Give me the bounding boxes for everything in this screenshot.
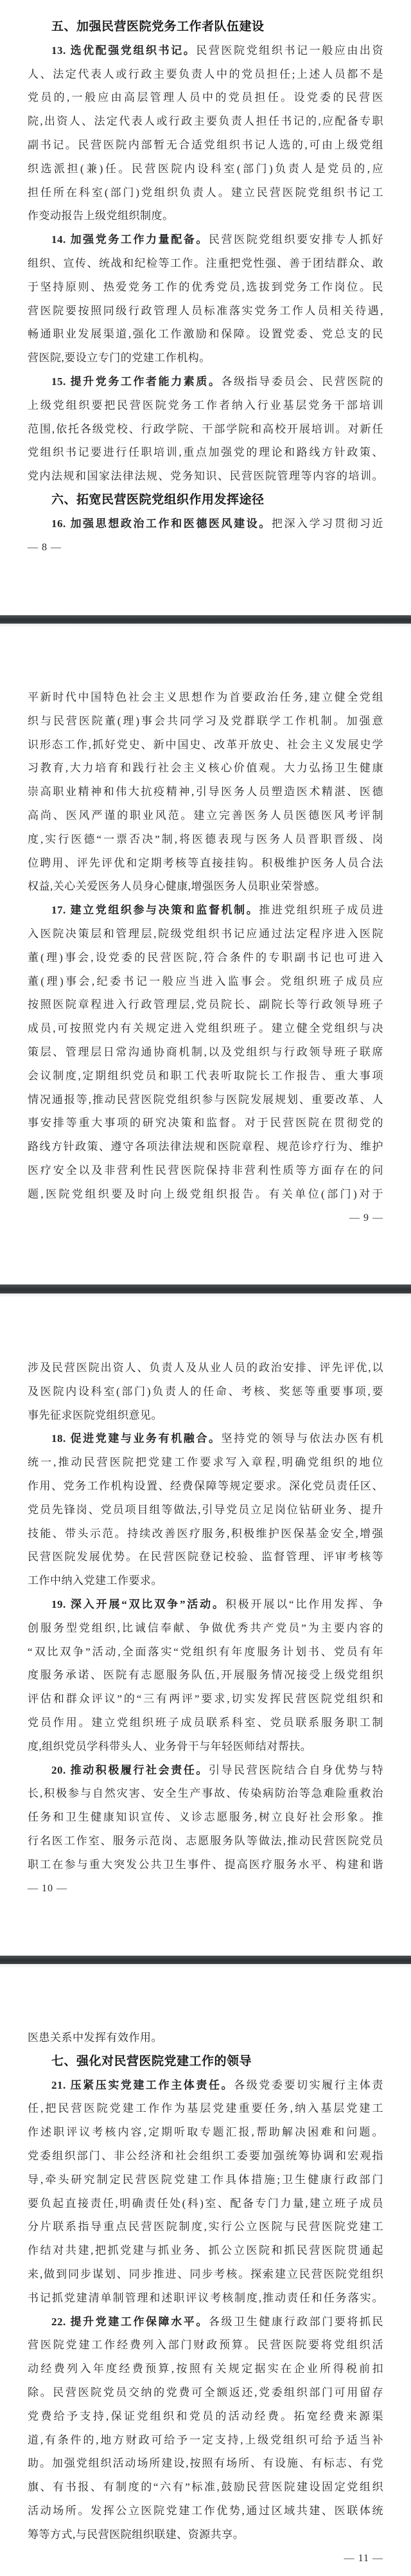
text-line: 党委组织部门、非公经济和社会组织工委要加强统筹协调和宏观指 bbox=[28, 2145, 383, 2168]
text-line: 医疗安全以及非营利性民营医院保持非营利性质等方面存在的问 bbox=[28, 1159, 383, 1183]
paragraph-lead-bold: 22. 提升党建工作保障水平。 bbox=[51, 2316, 209, 2328]
paragraph-lead-bold: 14. 加强党务工作力量配备。 bbox=[51, 233, 209, 246]
paragraph-text: 引导民营医院结合自身优势与特 bbox=[209, 1764, 383, 1776]
paragraph-lead-bold: 13. 选优配强党组织书记。 bbox=[51, 44, 196, 57]
paragraph-text: 各级指导委员会、民营医院的 bbox=[222, 375, 383, 388]
text-line: 成员,可按照党内有关规定进入党组织班子。建立健全党组织与决 bbox=[28, 1017, 383, 1041]
text-line: 技能、带头示范。持续改善医疗服务,积极维护医保基金安全,增强 bbox=[28, 1522, 383, 1546]
text-line: 党员的,一般应由高层管理人员中的党员担任。设党委的民营医 bbox=[28, 86, 383, 110]
text-line: 于坚持原则、热爱党务工作的优秀党员,选拔到党务工作岗位。民 bbox=[28, 276, 383, 300]
text-line: 职工在参与重大突发公共卫生事件、提高医疗服务水平、构建和谐 bbox=[28, 1853, 383, 1877]
text-line: 畅通职业发展渠道,强化工作激励和保障。设置党委、党总支的民 bbox=[28, 323, 383, 347]
text-line: 13. 选优配强党组织书记。民营医院党组织书记一般应由出资 bbox=[28, 39, 383, 63]
page-number: — 9 — bbox=[28, 1207, 383, 1230]
text-line: 要负起直接责任,明确责任处(科)室、配备专门力量,建立班子成员 bbox=[28, 2192, 383, 2216]
page-number: — 8 — bbox=[28, 536, 383, 560]
text-line: 行名医工作室、服务示范岗、志愿服务队等做法,推动民营医院党员 bbox=[28, 1830, 383, 1853]
text-line: 党内法规和国家法律法规、党务知识、民营医院管理等内容的培训。 bbox=[28, 465, 383, 489]
text-line: 崇高职业精神和伟大抗疫精神,引导医务人员塑造医术精湛、医德 bbox=[28, 780, 383, 804]
page-number: — 11 — bbox=[28, 2547, 383, 2571]
text-line: 民营医院发展优势。在民营医院登记校验、监督管理、评审考核等 bbox=[28, 1545, 383, 1569]
text-line: 医患关系中发挥有效作用。 bbox=[28, 2026, 383, 2050]
text-line: 来,做到同步谋划、同步推进、同步考核。探索建立民营医院党组织 bbox=[28, 2263, 383, 2287]
text-line: 旗、有书报、有制度的“六有”标准,鼓励民营医院建设固定党组织 bbox=[28, 2476, 383, 2499]
text-line: 副书记。民营医院内部暂无合适党组织书记人选的,可由上级党组 bbox=[28, 134, 383, 158]
paragraph-text: 各级党委要切实履行主体责 bbox=[234, 2079, 383, 2091]
text-line: 作变动报告上级党组织制度。 bbox=[28, 204, 383, 228]
text-line: 入医院决策层和管理层,院级党组织书记应通过法定程序进入医院 bbox=[28, 923, 383, 946]
page-content: 涉及民营医院出资人、负责人及从业人员的政治安排、评先评优,以及医院内设科室(部门… bbox=[28, 1356, 383, 1900]
page-separator bbox=[0, 1956, 411, 1964]
page-content: 五、加强民营医院党务工作者队伍建设13. 选优配强党组织书记。民营医院党组织书记… bbox=[28, 15, 383, 559]
paragraph-text: 民营医院党组织书记一般应由出资 bbox=[196, 44, 383, 57]
text-line: 党员作用。建立党组织班子成员联系科室、党员联系服务职工制 bbox=[28, 1711, 383, 1735]
text-line: 任务和卫生健康知识宣传、义诊志愿服务,树立良好社会形象。推 bbox=[28, 1806, 383, 1830]
text-line: 事安排等重大事项的研究决策和监督。对于民营医院在贯彻党的 bbox=[28, 1112, 383, 1135]
text-line: 及医院内设科室(部门)负责人的任命、考核、奖惩等重要事项,要 bbox=[28, 1380, 383, 1404]
text-line: 助。加强党组织活动场所建设,按照有场所、有设施、有标志、有党 bbox=[28, 2452, 383, 2476]
document-scroll[interactable]: 五、加强民营医院党务工作者队伍建设13. 选优配强党组织书记。民营医院党组织书记… bbox=[0, 0, 411, 2576]
text-line: 按照医院章程进入行政管理层,党员院长、副院长等行政领导班子 bbox=[28, 993, 383, 1017]
text-line: 18. 促进党建与业务有机融合。坚持党的领导与依法办医有机 bbox=[28, 1427, 383, 1451]
page-separator bbox=[0, 1284, 411, 1293]
paragraph-text: 积极开展以“比作用发挥、争 bbox=[225, 1598, 383, 1610]
text-line: 创服务型党组织,比诚信奉献、争做优秀共产党员”为主要内容的 bbox=[28, 1617, 383, 1641]
page-separator bbox=[0, 615, 411, 624]
text-line: 除。民营医院党员交纳的党费可全额返还,党委组织部门可用留存 bbox=[28, 2381, 383, 2405]
page-number: — 10 — bbox=[28, 1877, 383, 1901]
text-line: 14. 加强党务工作力量配备。民营医院党组织要安排专人抓好 bbox=[28, 228, 383, 252]
paragraph-text: 各级卫生健康行政部门要将抓民 bbox=[209, 2316, 383, 2328]
text-line: 高尚、医风严谨的职业风范。建立完善医务人员医德医风考评制 bbox=[28, 804, 383, 828]
section-heading: 七、强化对民营医院党建工作的领导 bbox=[28, 2050, 383, 2074]
text-line: 17. 建立党组织参与决策和监督机制。推进党组织班子成员进 bbox=[28, 899, 383, 923]
paragraph-lead-bold: 20. 推动积极履行社会责任。 bbox=[51, 1764, 209, 1776]
text-line: 织与民营医院董(理)事会共同学习及党群联学工作机制。加强意 bbox=[28, 710, 383, 734]
text-line: 长,积极参与自然灾害、安全生产事故、传染病防治等急难险重救治 bbox=[28, 1782, 383, 1806]
text-line: 21. 压紧压实党建工作主体责任。各级党委要切实履行主体责 bbox=[28, 2074, 383, 2098]
text-line: 董(理)事会,纪委书记一般应当进入监事会。党组织班子成员应 bbox=[28, 970, 383, 994]
text-line: 活动场所。发挥公立医院党建工作优势,通过区域共建、医联体统 bbox=[28, 2499, 383, 2523]
text-line: 组织、宣传、统战和纪检等工作。注重把党性强、善于团结群众、敢 bbox=[28, 252, 383, 276]
text-line: 党费给予支持,保证党组织和党员的活动经费。拓宽经费来源渠 bbox=[28, 2405, 383, 2429]
text-line: 范围,依托各级党校、行政学院、干部学院和高校开展培训。对新任 bbox=[28, 418, 383, 442]
text-line: 营医院,要设立专门的党建工作机构。 bbox=[28, 347, 383, 370]
text-line: 董(理)事会,设党委的民营医院,符合条件的专职副书记也可进入 bbox=[28, 946, 383, 970]
paragraph-lead-bold: 18. 促进党建与业务有机融合。 bbox=[51, 1432, 222, 1445]
text-line: 任,把民营医院党建工作作为基层党建重要任务,纳入基层党建工 bbox=[28, 2097, 383, 2121]
text-line: 20. 推动积极履行社会责任。引导民营医院结合自身优势与特 bbox=[28, 1759, 383, 1783]
text-line: 22. 提升党建工作保障水平。各级卫生健康行政部门要将抓民 bbox=[28, 2310, 383, 2334]
text-line: 平新时代中国特色社会主义思想作为首要政治任务,建立健全党组 bbox=[28, 686, 383, 710]
text-line: 道,有条件的,地方财政可给予一定支持,上级党组织可给予适当补 bbox=[28, 2429, 383, 2453]
text-line: 作述职评议考核内容,定期听取专题汇报,帮助解决困难和问题。 bbox=[28, 2121, 383, 2145]
paragraph-lead-bold: 21. 压紧压实党建工作主体责任。 bbox=[51, 2079, 234, 2091]
text-line: 分片联系指导重点民营医院制度,实行公立医院与民营医院党建工 bbox=[28, 2215, 383, 2239]
text-line: 党组织书记要进行任职培训,重点加强党的理论和路线方针政策、 bbox=[28, 441, 383, 465]
paragraph-lead-bold: 15. 提升党务工作者能力素质。 bbox=[51, 375, 222, 388]
text-line: 题,医院党组织要及时向上级党组织报告。有关单位(部门)对于 bbox=[28, 1183, 383, 1207]
text-line: 担任所在科室(部门)党组织负责人。建立民营医院党组织书记工 bbox=[28, 181, 383, 205]
text-line: 动经费列入年度经费预算,按照有关规定据实在企业所得税前扣 bbox=[28, 2357, 383, 2381]
text-line: 习教育,大力培育和践行社会主义核心价值观。大力弘扬卫生健康 bbox=[28, 757, 383, 780]
paragraph-lead-bold: 19. 深入开展“双比双争”活动。 bbox=[51, 1598, 225, 1610]
text-line: 作结对共建,把抓党建与抓业务、抓公立医院和抓民营医院贯通起 bbox=[28, 2239, 383, 2263]
text-line: 度,实行医德“一票否决”制,将医德表现与医务人员晋职晋级、岗 bbox=[28, 828, 383, 852]
page-10: 涉及民营医院出资人、负责人及从业人员的政治安排、评先评优,以及医院内设科室(部门… bbox=[0, 1293, 411, 1956]
paragraph-text: 民营医院党组织要安排专人抓好 bbox=[209, 233, 383, 246]
text-line: 15. 提升党务工作者能力素质。各级指导委员会、民营医院的 bbox=[28, 370, 383, 394]
text-line: 导,牵头研究制定民营医院党建工作具体措施;卫生健康行政部门 bbox=[28, 2168, 383, 2192]
paragraph-text: 坚持党的领导与依法办医有机 bbox=[222, 1432, 383, 1445]
page-8: 五、加强民营医院党务工作者队伍建设13. 选优配强党组织书记。民营医院党组织书记… bbox=[0, 0, 411, 615]
page-9: 平新时代中国特色社会主义思想作为首要政治任务,建立健全党组织与民营医院董(理)事… bbox=[0, 624, 411, 1284]
paragraph-text: 推进党组织班子成员进 bbox=[259, 904, 383, 916]
section-heading: 六、拓宽民营医院党组织作用发挥途径 bbox=[28, 489, 383, 512]
text-line: 作用、党务工作机构设置、经费保障等规定要求。深化党员责任区、 bbox=[28, 1475, 383, 1499]
text-line: 工作中纳入党建工作要求。 bbox=[28, 1569, 383, 1593]
text-line: 织选派担(兼)任。民营医院内设科室(部门)负责人是党员的,应 bbox=[28, 158, 383, 181]
paragraph-lead-bold: 17. 建立党组织参与决策和监督机制。 bbox=[51, 904, 259, 916]
text-line: 度服务承诺、医院有志愿服务队伍,开展服务情况接受上级党组织 bbox=[28, 1664, 383, 1688]
text-line: 事先征求医院党组织意见。 bbox=[28, 1404, 383, 1428]
text-line: 筹等方式,与民营医院组织联建、资源共享。 bbox=[28, 2523, 383, 2547]
text-line: 19. 深入开展“双比双争”活动。积极开展以“比作用发挥、争 bbox=[28, 1593, 383, 1617]
text-line: 度,组织党员学科带头人、业务骨干与年轻医师结对帮扶。 bbox=[28, 1735, 383, 1759]
text-line: 位聘用、评先评优和定期考核等直接挂钩。积极维护医务人员合法 bbox=[28, 852, 383, 876]
text-line: 路线方针政策、遵守各项法律法规和医院章程、规范诊疗行为、维护 bbox=[28, 1135, 383, 1159]
text-line: 书记抓党建清单制管理和述职评议考核制度,推动责任和任务落实。 bbox=[28, 2287, 383, 2310]
text-line: 涉及民营医院出资人、负责人及从业人员的政治安排、评先评优,以 bbox=[28, 1356, 383, 1380]
page-content: 平新时代中国特色社会主义思想作为首要政治任务,建立健全党组织与民营医院董(理)事… bbox=[28, 686, 383, 1230]
section-heading: 五、加强民营医院党务工作者队伍建设 bbox=[28, 15, 383, 39]
text-line: 权益,关心关爱医务人员身心健康,增强医务人员职业荣誉感。 bbox=[28, 875, 383, 899]
text-line: “双比双争”活动,全面落实“党组织有年度服务计划书、党员有年 bbox=[28, 1641, 383, 1664]
text-line: 会议制度,定期组织党员和职工代表听取院长工作报告、重大事项 bbox=[28, 1065, 383, 1088]
text-line: 营医院党建工作经费列入部门财政预算。民营医院要将党组织活 bbox=[28, 2334, 383, 2357]
text-line: 识形态工作,抓好党史、新中国史、改革开放史、社会主义发展史学 bbox=[28, 734, 383, 757]
text-line: 上级党组织要把民营医院党务工作者纳入行业基层党务干部培训 bbox=[28, 394, 383, 418]
text-line: 统一,推动民营医院把党建工作要求写入章程,明确党组织的地位 bbox=[28, 1451, 383, 1475]
paragraph-lead-bold: 16. 加强思想政治工作和医德医风建设。 bbox=[51, 518, 272, 530]
text-line: 人、法定代表人或行政主要负责人中的党员担任;上述人员都不是 bbox=[28, 63, 383, 87]
text-line: 16. 加强思想政治工作和医德医风建设。把深入学习贯彻习近 bbox=[28, 512, 383, 536]
text-line: 评估和群众评议”的“三有两评”要求,切实发挥民营医院党组织和 bbox=[28, 1688, 383, 1711]
page-content: 医患关系中发挥有效作用。七、强化对民营医院党建工作的领导21. 压紧压实党建工作… bbox=[28, 2026, 383, 2570]
paragraph-text: 把深入学习贯彻习近 bbox=[272, 518, 383, 530]
page-11: 医患关系中发挥有效作用。七、强化对民营医院党建工作的领导21. 压紧压实党建工作… bbox=[0, 1964, 411, 2576]
text-line: 策层、管理层日常沟通协商机制,以及党组织与行政领导班子联席 bbox=[28, 1041, 383, 1065]
text-line: 情况通报等,推动民营医院党组织参与医院发展规划、重要改革、人 bbox=[28, 1088, 383, 1112]
text-line: 营医院要按照同级行政管理人员标准落实党务工作人员相关待遇, bbox=[28, 300, 383, 323]
text-line: 院,出资人、法定代表人或行政主要负责人担任书记的,应配备专职 bbox=[28, 110, 383, 134]
text-line: 党员先锋岗、党员项目组等做法,引导党员立足岗位钻研业务、提升 bbox=[28, 1499, 383, 1522]
